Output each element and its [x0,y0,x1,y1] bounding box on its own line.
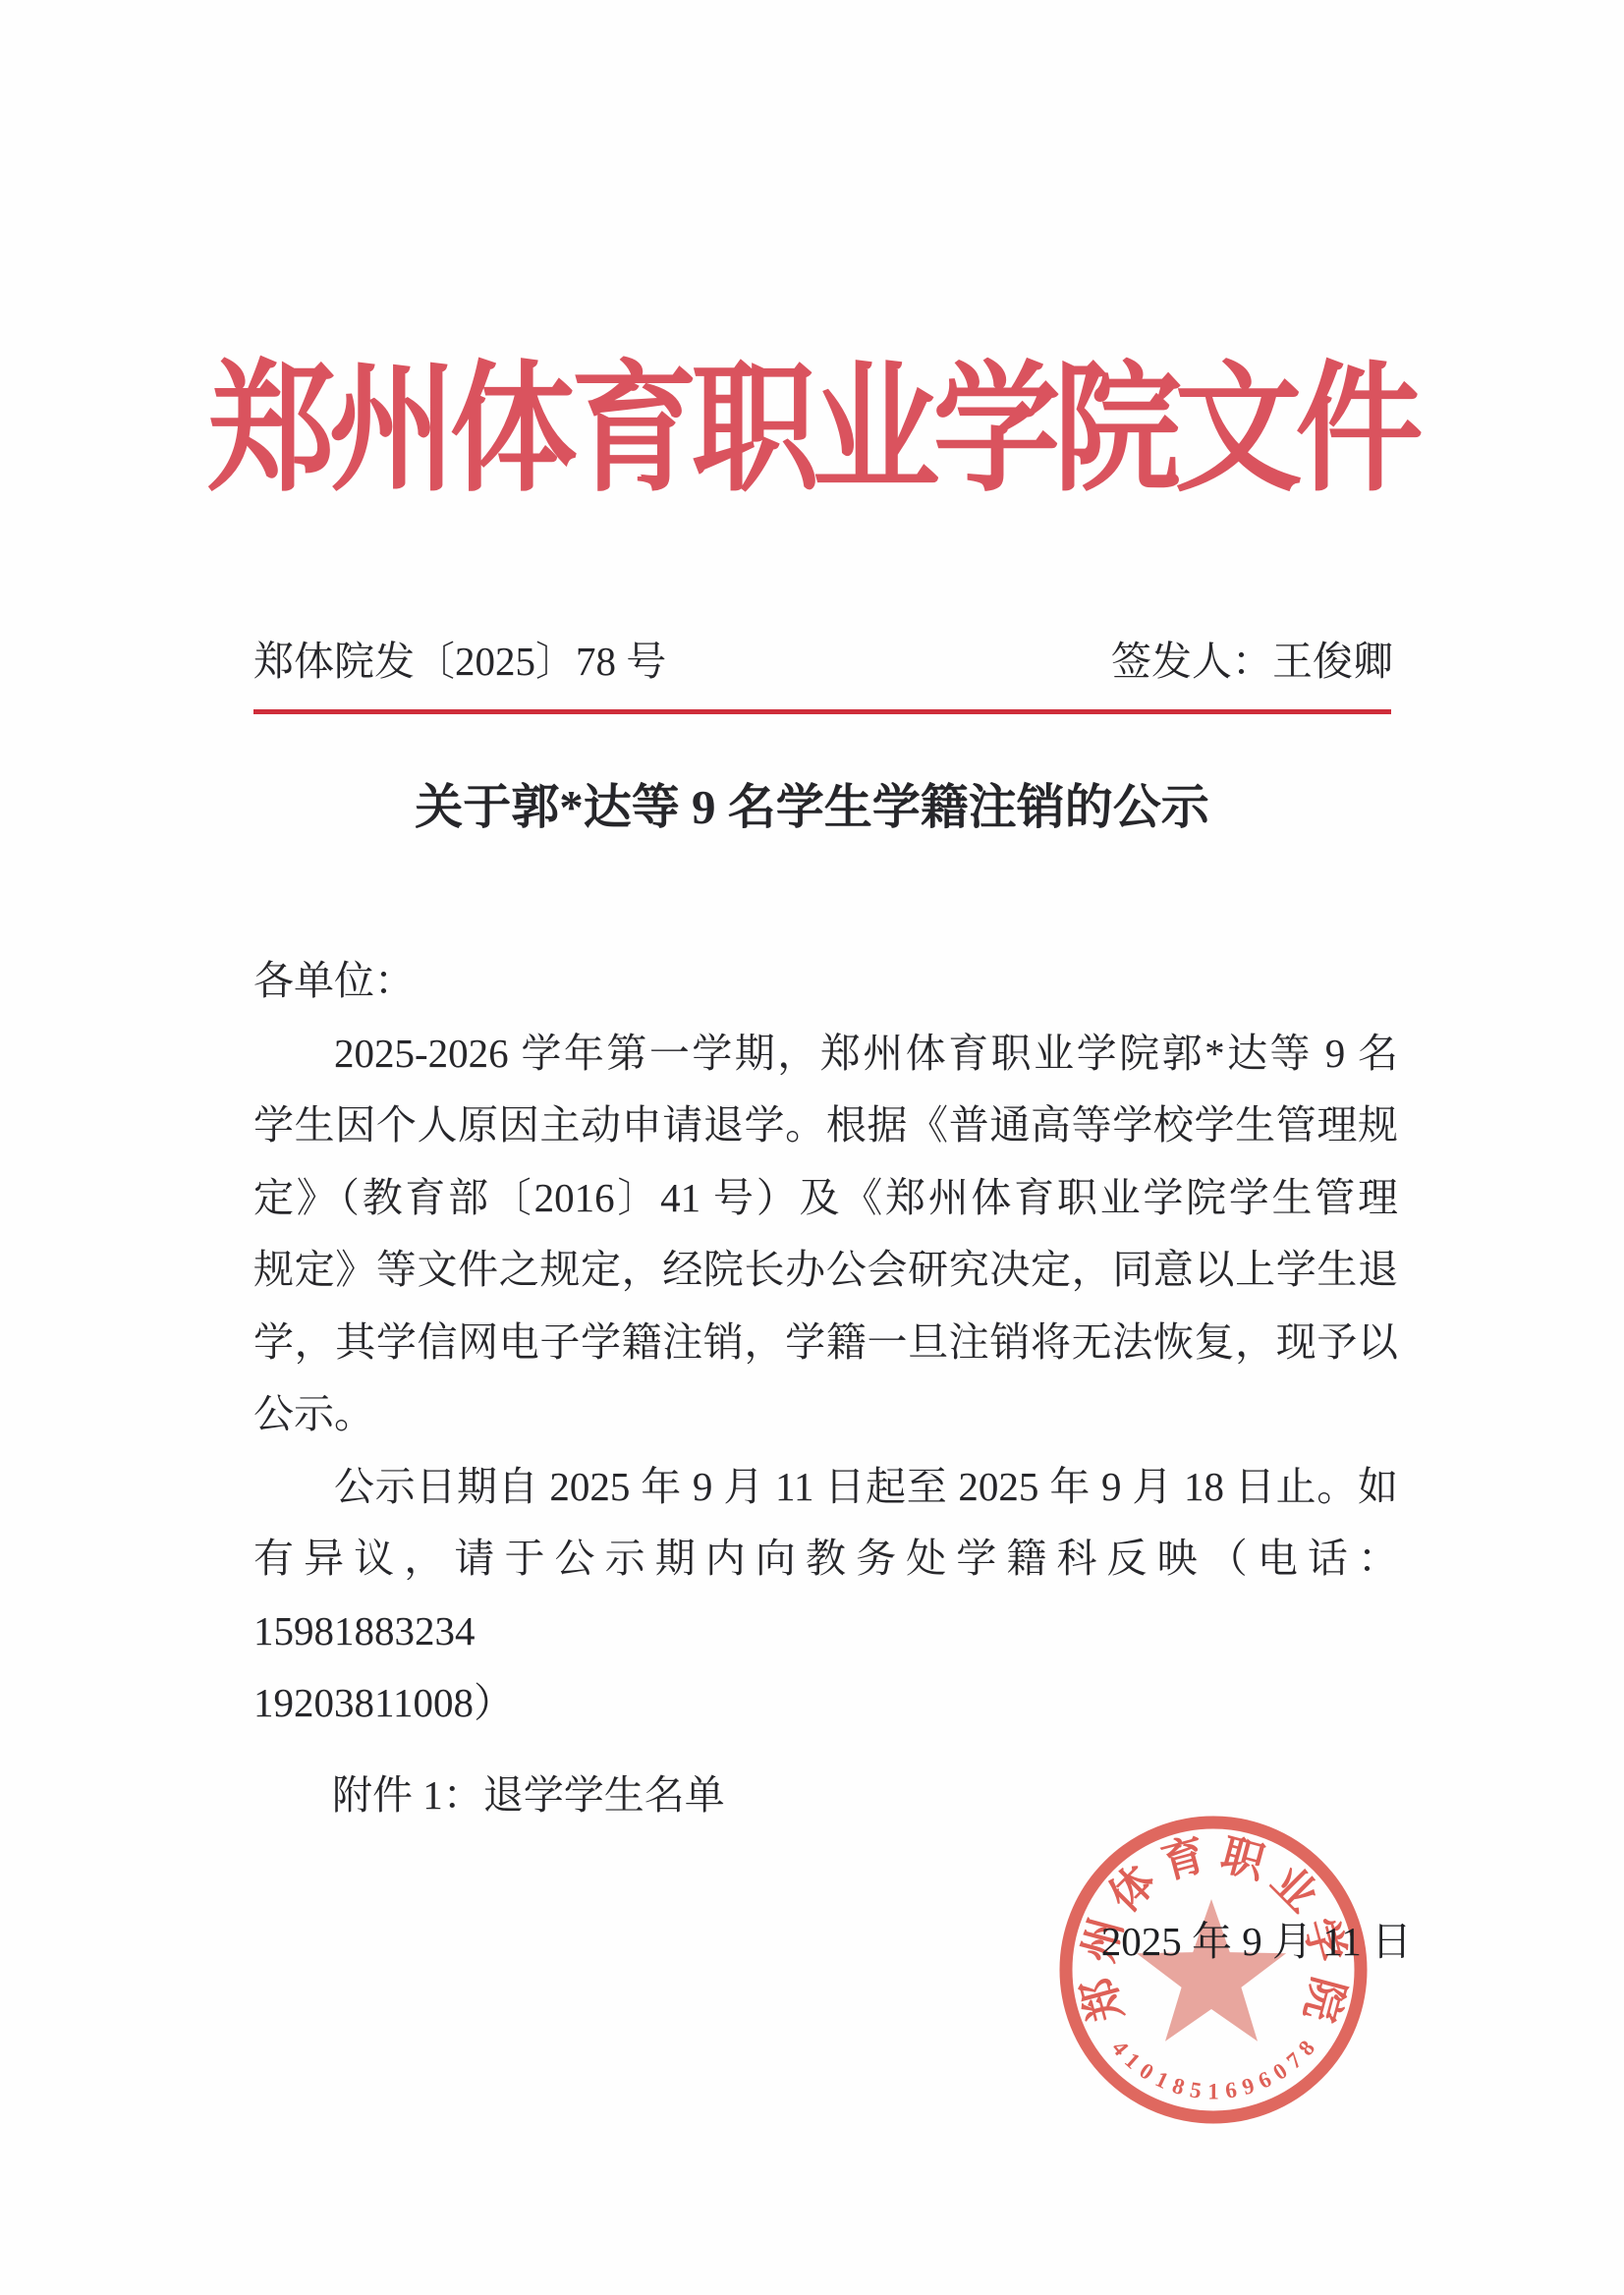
doc-number-row: 郑体院发〔2025〕78 号 签发人：王俊卿 [253,635,1393,688]
seal-number-char: 5 [1189,2077,1204,2102]
red-divider [253,709,1391,714]
body-line: 学生因个人原因主动申请退学。根据《普通高等学校学生管理规 [253,1090,1398,1162]
body-line: 定》（教育部〔2016〕41 号）及《郑州体育职业学院学生管理 [253,1162,1398,1235]
body-line: 学，其学信网电子学籍注销，学籍一旦注销将无法恢复，现予以 [253,1307,1398,1379]
seal-number-char: 8 [1169,2073,1187,2099]
body-line: 规定》等文件之规定，经院长办公会研究决定，同意以上学生退 [253,1234,1398,1307]
seal-number-char: 1 [1207,2079,1219,2103]
body-line: 19203811008） [253,1667,1398,1740]
seal-number-char: 9 [1239,2073,1257,2099]
document-page: 郑州体育职业学院文件 郑体院发〔2025〕78 号 签发人：王俊卿 关于郭*达等… [0,0,1624,2295]
body-line: 有异议，请于公示期内向教务处学籍科反映（电话：15981883234 [253,1523,1398,1667]
doc-number: 郑体院发〔2025〕78 号 [253,635,666,688]
issuer-label: 签发人： [1111,639,1272,684]
body-text: 各单位： 2025-2026 学年第一学期，郑州体育职业学院郭*达等 9 名 学… [253,945,1398,1740]
salutation: 各单位： [253,945,1398,1018]
body-line: 公示日期自 2025 年 9 月 11 日起至 2025 年 9 月 18 日止… [253,1451,1398,1524]
seal-number-char: 6 [1223,2077,1238,2102]
seal-org-char: 郑 [1073,1973,1132,2027]
issuer-name: 王俊卿 [1272,639,1393,684]
seal-org-char: 育 [1156,1830,1210,1888]
body-line: 公示。 [253,1378,1398,1451]
official-seal: 郑 州 体 育 职 业 学 院 4 1 0 1 8 5 1 6 9 6 0 7 … [1046,1803,1380,2137]
body-line: 2025-2026 学年第一学期，郑州体育职业学院郭*达等 9 名 [253,1018,1398,1091]
seal-org-char: 职 [1216,1830,1271,1888]
seal-number-char: 1 [1151,2066,1172,2094]
letterhead-title: 郑州体育职业学院文件 [0,346,1624,517]
issuer: 签发人：王俊卿 [1111,635,1393,688]
seal-org-char: 院 [1295,1973,1353,2027]
subject-title: 关于郭*达等 9 名学生学籍注销的公示 [0,776,1624,839]
issue-date: 2025 年 9 月 11 日 [1101,1914,1412,1969]
